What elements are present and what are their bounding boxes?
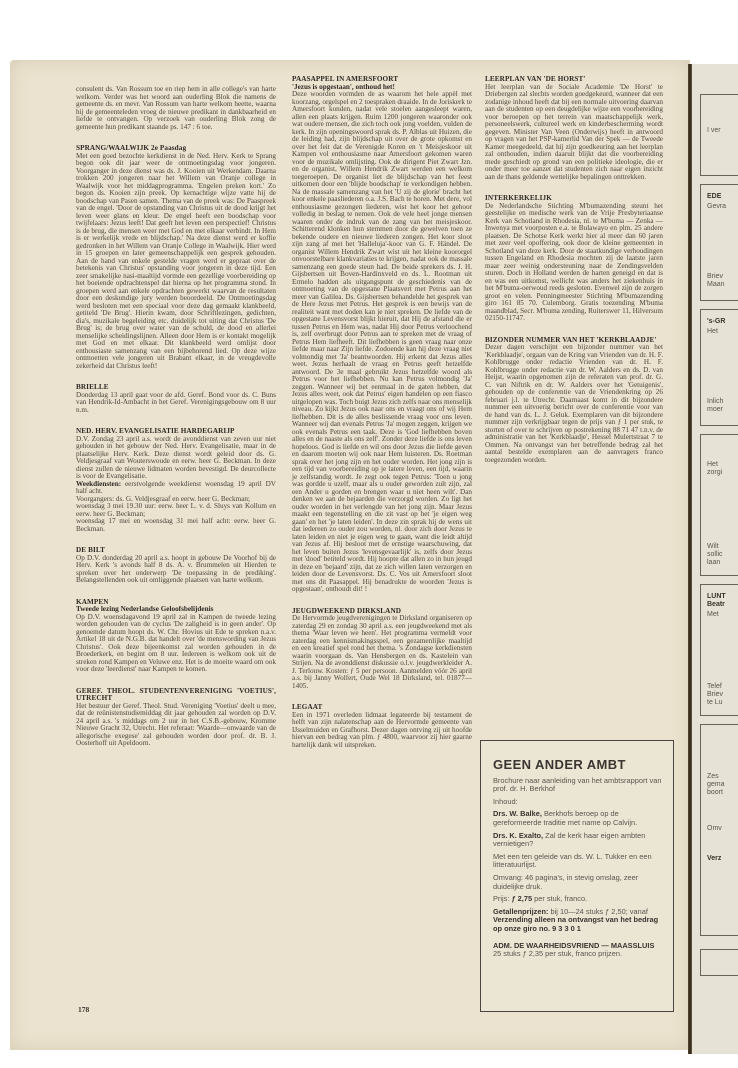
- article-body: Het leerplan van de Sociale Academie 'De…: [485, 84, 663, 182]
- article-body: Op D.V. woensdagavond 19 april zal in Ka…: [76, 614, 276, 674]
- adjacent-ad-box: Zes gema boort Omv Verz: [700, 724, 738, 936]
- adjacent-ad-box: Het zorgi Wilt sollic laan: [700, 434, 738, 576]
- article-body: De Nederlandsche Stichting M'bumazending…: [485, 203, 663, 323]
- ad-epilogue: Met een ten geleide van ds. W. L. Tukker…: [493, 853, 663, 870]
- article-body: Op D.V. donderdag 20 april a.s. hoopt in…: [76, 555, 276, 585]
- article-body: Met een goed bezochte kerkdienst in de N…: [76, 153, 276, 371]
- article-heading: GEREF. THEOL. STUDENTENVERENIGING 'VOETI…: [76, 688, 276, 703]
- ad-extent: Omvang: 46 pagina's, in stevig omslag, z…: [493, 874, 663, 891]
- ad-price: Prijs: ƒ 2,75 per stuk, franco.: [493, 895, 663, 904]
- article-body: Deze woorden vormden de as waarom het he…: [292, 91, 472, 594]
- article-body-line: woensdag 17 mei en woensdag 31 mei half …: [76, 518, 276, 533]
- article-body: Dezer dagen verschijnt een bijzonder num…: [485, 344, 663, 464]
- adjacent-ad-box: 's-GR Het Inlich moer: [700, 309, 738, 426]
- article-body-line: woensdag 3 mei 19.30 uur: eerw. heer L. …: [76, 503, 276, 518]
- adjacent-page-strip: I ver EDE Gevra Briev Maan 's-GR Het Inl…: [692, 64, 738, 1054]
- adjacent-ad-box: I ver: [700, 94, 738, 176]
- article-body-line: Weekdiensten: eerstvolgende weekdienst w…: [76, 481, 276, 496]
- adjacent-ad-box: EDE Gevra Briev Maan: [700, 184, 738, 301]
- column-2: PAASAPPEL IN AMERSFOORT 'Jezus is opgest…: [292, 76, 472, 749]
- ad-bulk-price: Getallenprijzen: bij 10—24 stuks ƒ 2,50;…: [493, 908, 663, 934]
- ad-item: Drs. K. Exalto, Zal de kerk haar eigen a…: [493, 832, 663, 849]
- ad-publisher: ADM. DE WAARHEIDSVRIEND — MAASSLUIS25 st…: [493, 942, 663, 959]
- article-body: D.V. Zondag 23 april a.s. wordt de avond…: [76, 436, 276, 481]
- page-number: 178: [78, 1005, 89, 1014]
- article-continuation: consulent ds. Van Rossum toe en riep hem…: [76, 86, 276, 131]
- adjacent-ad-box: LUNT Beatr Met Telef Briev te Lu: [700, 584, 738, 716]
- ad-intro: Brochure naar aanleiding van het ambtsra…: [493, 777, 663, 794]
- adjacent-ad-box: [700, 949, 738, 976]
- article-body: Een in 1971 overleden lidmaat legateerde…: [292, 712, 472, 750]
- brochure-advertisement: GEEN ANDER AMBT Brochure naar aanleiding…: [480, 740, 674, 1012]
- ad-contents-label: Inhoud:: [493, 798, 663, 807]
- ad-title: GEEN ANDER AMBT: [493, 761, 663, 770]
- article-body: De Hervormde jeugdverenigingen te Dirksl…: [292, 615, 472, 690]
- article-body: Het bestuur der Geref. Theol. Stud. Vere…: [76, 703, 276, 748]
- column-1: consulent ds. Van Rossum toe en riep hem…: [76, 86, 276, 748]
- column-3: LEERPLAN VAN 'DE HORST' Het leerplan van…: [485, 76, 663, 464]
- article-body: Donderdag 13 april gaat voor de afd. Ger…: [76, 392, 276, 415]
- ad-item: Drs. W. Balke, Berkhofs beroep op de ger…: [493, 810, 663, 827]
